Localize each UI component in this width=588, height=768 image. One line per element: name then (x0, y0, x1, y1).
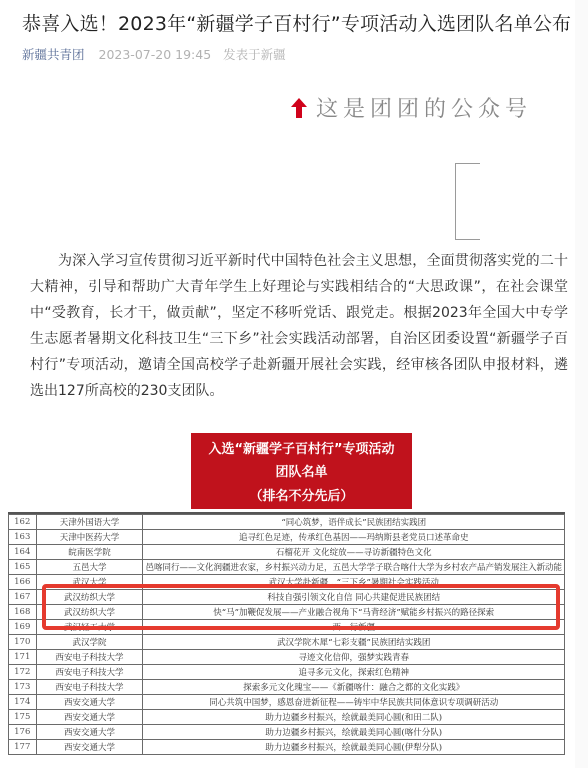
row-number: 169 (9, 620, 37, 635)
team-cell: 追寻多元文化，探索红色精神 (143, 665, 565, 680)
table-row: 165 五邑大学 邑喀同行——文化润疆进农家，乡村振兴动力足，五邑大学学子联合喀… (9, 560, 565, 575)
team-cell: 助力边疆乡村振兴，绘就最美同心圆(喀什分队) (143, 725, 565, 740)
table-row: 177 西安交通大学 助力边疆乡村振兴，绘就最美同心圆(伊犁分队) (9, 740, 565, 755)
row-number: 164 (9, 545, 37, 560)
table-row: 174 西安交通大学 同心共筑中国梦，感恩奋进新征程——铸牢中华民族共同体意识专… (9, 695, 565, 710)
list-header-line2: 团队名单 (191, 461, 412, 480)
row-number: 170 (9, 635, 37, 650)
table-row: 172 西安电子科技大学 追寻多元文化，探索红色精神 (9, 665, 565, 680)
university-cell: 西安交通大学 (36, 710, 143, 725)
university-cell: 武汉轻工大学 (36, 620, 143, 635)
team-cell: 西…行新疆 (143, 620, 565, 635)
row-number: 166 (9, 575, 37, 590)
university-cell: 西安交通大学 (36, 725, 143, 740)
university-cell: 西安电子科技大学 (36, 650, 143, 665)
table-row-highlighted: 167 武汉纺织大学 科技自强引领文化自信 同心共建促进民族团结 (9, 590, 565, 605)
row-number: 171 (9, 650, 37, 665)
university-cell: 西安电子科技大学 (36, 665, 143, 680)
row-number: 165 (9, 560, 37, 575)
list-header-line3: （排名不分先后） (191, 485, 412, 504)
row-number: 162 (9, 515, 37, 530)
page-edge (575, 0, 588, 768)
table-row: 170 武汉学院 武汉学院木犀“七彩支疆”民族团结实践团 (9, 635, 565, 650)
university-cell: 武汉纺织大学 (36, 605, 143, 620)
team-cell: 邑喀同行——文化润疆进农家，乡村振兴动力足，五邑大学学子联合喀什大学为乡村农产品… (143, 560, 565, 575)
table-row: 169 武汉轻工大学 西…行新疆 (9, 620, 565, 635)
university-cell: 天津外国语大学 (36, 515, 143, 530)
university-cell: 西安电子科技大学 (36, 680, 143, 695)
list-header-line1: 入选“新疆学子百村行”专项活动 (191, 438, 412, 457)
table-row: 162 天津外国语大学 “同心筑梦，语伴成长”民族团结实践团 (9, 515, 565, 530)
team-cell: 快“马”加鞭促发展——产业融合视角下“马背经济”赋能乡村振兴的路径探索 (143, 605, 565, 620)
university-cell: 五邑大学 (36, 560, 143, 575)
team-cell: 助力边疆乡村振兴，绘就最美同心圆(和田二队) (143, 710, 565, 725)
row-number: 173 (9, 680, 37, 695)
row-number: 163 (9, 530, 37, 545)
team-cell: 同心共筑中国梦，感恩奋进新征程——铸牢中华民族共同体意识专项调研活动 (143, 695, 565, 710)
table-row: 166 武汉大学 武汉大学赴新疆…“三下乡”暑期社会实践活动 (9, 575, 565, 590)
table-row: 163 天津中医药大学 追寻红色足迹，传承红色基因——玛纳斯县老党员口述革命史 (9, 530, 565, 545)
account-name-link[interactable]: 新疆共青团 (22, 47, 85, 62)
row-number: 172 (9, 665, 37, 680)
university-cell: 天津中医药大学 (36, 530, 143, 545)
row-number: 175 (9, 710, 37, 725)
table-row: 175 西安交通大学 助力边疆乡村振兴，绘就最美同心圆(和田二队) (9, 710, 565, 725)
university-cell: 武汉大学 (36, 575, 143, 590)
row-number: 174 (9, 695, 37, 710)
university-cell: 皖南医学院 (36, 545, 143, 560)
team-cell: 探索多元文化瑰宝——《新疆喀什：融合之都的文化实践》 (143, 680, 565, 695)
team-cell: 寻迹文化信仰，强梦实践青春 (143, 650, 565, 665)
team-list-table: 162 天津外国语大学 “同心筑梦，语伴成长”民族团结实践团 163 天津中医药… (8, 514, 565, 755)
team-cell: 武汉学院木犀“七彩支疆”民族团结实践团 (143, 635, 565, 650)
university-cell: 武汉纺织大学 (36, 590, 143, 605)
article-title: 恭喜入选！2023年“新疆学子百村行”专项活动入选团队名单公布 (22, 9, 571, 36)
image-placeholder-bracket (455, 163, 480, 240)
team-cell: “同心筑梦，语伴成长”民族团结实践团 (143, 515, 565, 530)
table-row: 171 西安电子科技大学 寻迹文化信仰，强梦实践青春 (9, 650, 565, 665)
team-cell: 追寻红色足迹，传承红色基因——玛纳斯县老党员口述革命史 (143, 530, 565, 545)
university-cell: 武汉学院 (36, 635, 143, 650)
team-cell: 科技自强引领文化自信 同心共建促进民族团结 (143, 590, 565, 605)
university-cell: 西安交通大学 (36, 695, 143, 710)
row-number: 167 (9, 590, 37, 605)
row-number: 177 (9, 740, 37, 755)
table-row: 176 西安交通大学 助力边疆乡村振兴，绘就最美同心圆(喀什分队) (9, 725, 565, 740)
university-cell: 西安交通大学 (36, 740, 143, 755)
table-row-highlighted: 168 武汉纺织大学 快“马”加鞭促发展——产业融合视角下“马背经济”赋能乡村振… (9, 605, 565, 620)
table-row: 173 西安电子科技大学 探索多元文化瑰宝——《新疆喀什：融合之都的文化实践》 (9, 680, 565, 695)
team-list-table-wrap: 162 天津外国语大学 “同心筑梦，语伴成长”民族团结实践团 163 天津中医药… (8, 512, 565, 755)
red-up-arrow-icon (290, 97, 308, 119)
banner-text: 这是团团的公众号 (316, 92, 532, 123)
team-cell: 武汉大学赴新疆…“三下乡”暑期社会实践活动 (143, 575, 565, 590)
article-meta: 新疆共青团 2023-07-20 19:45 发表于新疆 (22, 45, 286, 63)
row-number: 176 (9, 725, 37, 740)
intro-paragraph: 为深入学习宣传贯彻习近平新时代中国特色社会主义思想，全面贯彻落实党的二十大精神，… (30, 248, 568, 404)
publish-date: 2023-07-20 19:45 (99, 47, 212, 62)
follow-banner: 这是团团的公众号 (290, 92, 532, 123)
publish-location: 发表于新疆 (223, 47, 286, 62)
list-header-box: 入选“新疆学子百村行”专项活动 团队名单 （排名不分先后） (191, 433, 412, 509)
table-row: 164 皖南医学院 石榴花开 文化绽放——寻访新疆特色文化 (9, 545, 565, 560)
team-cell: 助力边疆乡村振兴，绘就最美同心圆(伊犁分队) (143, 740, 565, 755)
row-number: 168 (9, 605, 37, 620)
team-cell: 石榴花开 文化绽放——寻访新疆特色文化 (143, 545, 565, 560)
